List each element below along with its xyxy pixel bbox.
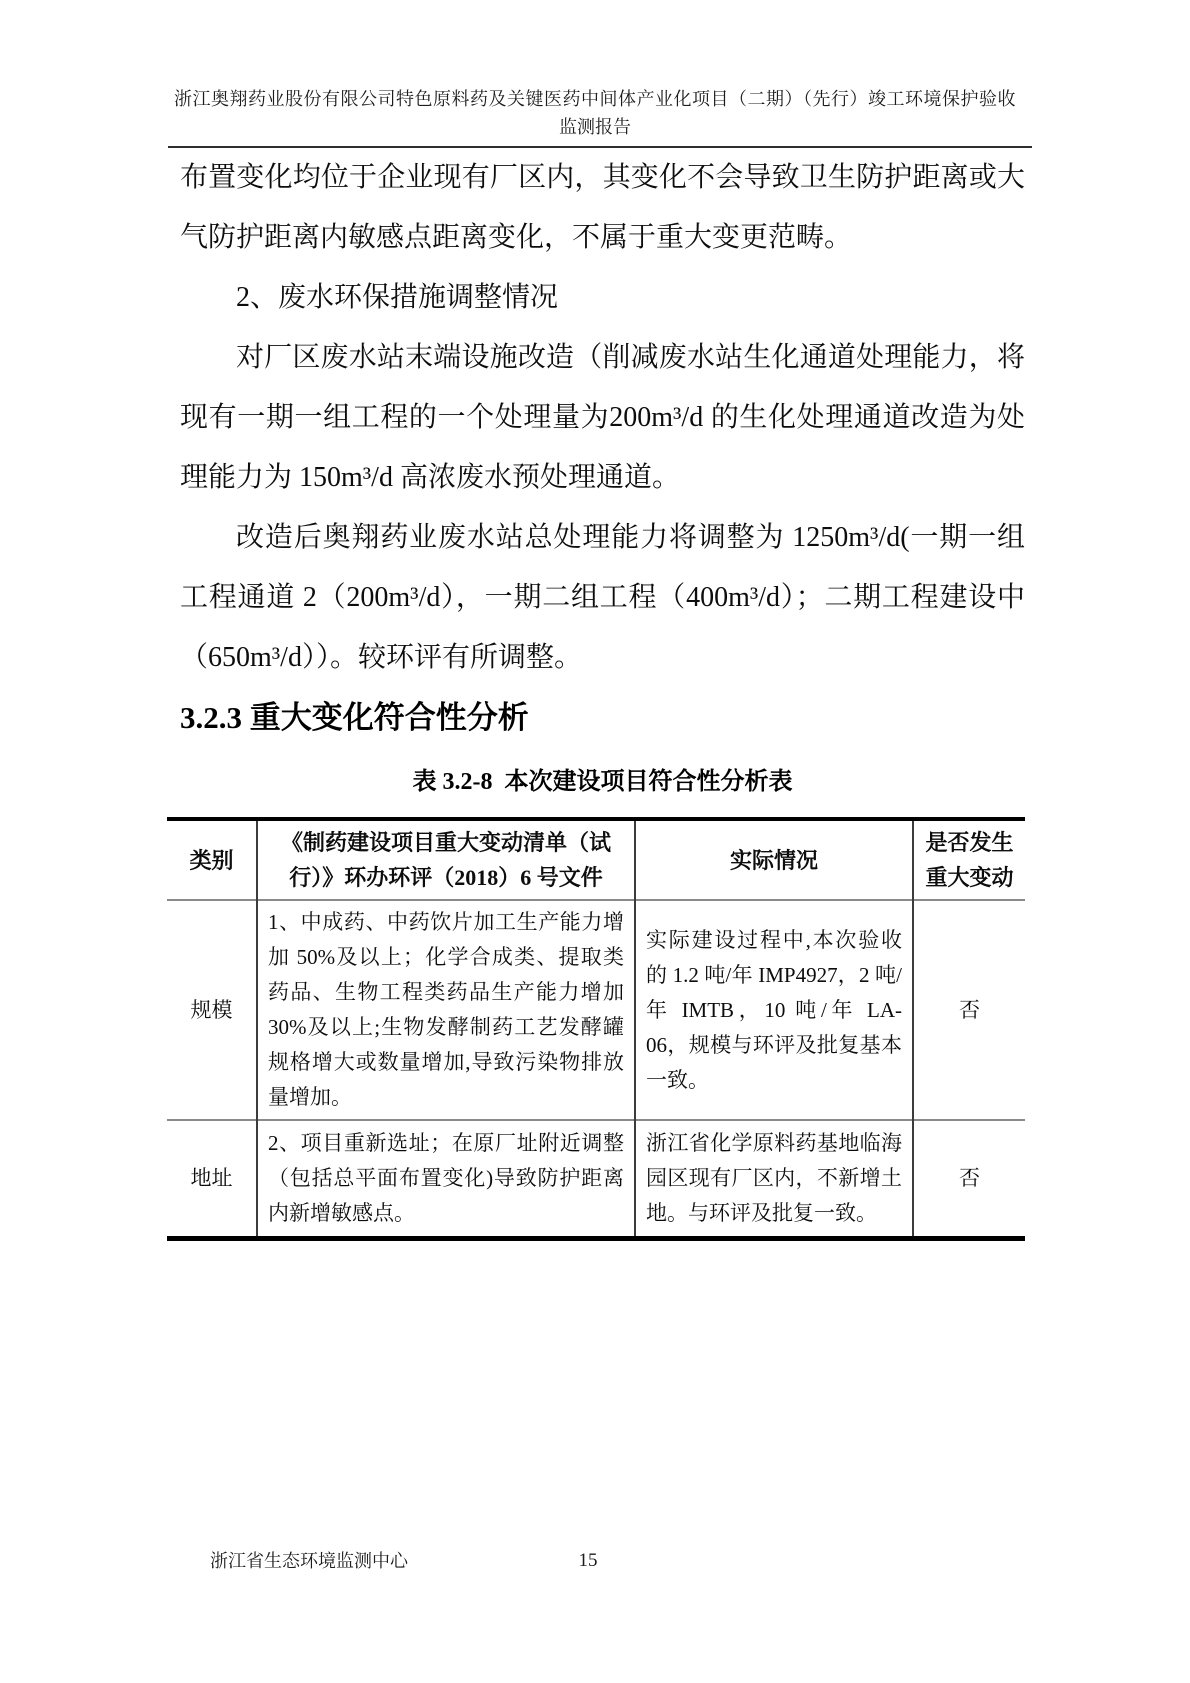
major-change-cell: 否: [913, 1120, 1025, 1238]
footer-organization: 浙江省生态环境监测中心: [210, 1548, 408, 1574]
header-subtitle: 监测报告: [0, 114, 1190, 140]
major-change-cell: 否: [913, 900, 1025, 1120]
paragraph-3: 对厂区废水站末端设施改造（削减废水站生化通道处理能力，将现有一期一组工程的一个处…: [180, 328, 1025, 508]
header-title: 浙江奥翔药业股份有限公司特色原料药及关键医药中间体产业化项目（二期）（先行）竣工…: [0, 86, 1190, 112]
section-heading: 3.2.3 重大变化符合性分析: [180, 688, 1025, 748]
criteria-cell: 1、中成药、中药饮片加工生产能力增加 50%及以上；化学合成类、提取类药品、生物…: [257, 900, 635, 1120]
col-header-major-change: 是否发生重大变动: [913, 819, 1025, 900]
table-header-row: 类别 《制药建设项目重大变动清单（试行）》环办环评（2018）6 号文件 实际情…: [167, 819, 1025, 900]
table-caption: 表 3.2-8 本次建设项目符合性分析表: [180, 762, 1025, 802]
actual-situation-cell: 实际建设过程中,本次验收的 1.2 吨/年 IMP4927，2 吨/年 IMTB…: [635, 900, 913, 1120]
compliance-table: 类别 《制药建设项目重大变动清单（试行）》环办环评（2018）6 号文件 实际情…: [167, 817, 1025, 1241]
paragraph-1: 布置变化均位于企业现有厂区内，其变化不会导致卫生防护距离或大气防护距离内敏感点距…: [180, 148, 1025, 268]
col-header-criteria-document: 《制药建设项目重大变动清单（试行）》环办环评（2018）6 号文件: [257, 819, 635, 900]
category-cell: 规模: [167, 900, 257, 1120]
criteria-cell: 2、项目重新选址；在原厂址附近调整（包括总平面布置变化)导致防护距离内新增敏感点…: [257, 1120, 635, 1238]
table-row-site: 地址 2、项目重新选址；在原厂址附近调整（包括总平面布置变化)导致防护距离内新增…: [167, 1120, 1025, 1238]
category-cell: 地址: [167, 1120, 257, 1238]
paragraph-4: 改造后奥翔药业废水站总处理能力将调整为 1250m³/d(一期一组工程通道 2（…: [180, 508, 1025, 688]
col-header-actual-situation: 实际情况: [635, 819, 913, 900]
paragraph-2: 2、废水环保措施调整情况: [180, 268, 1025, 328]
table-row-scale: 规模 1、中成药、中药饮片加工生产能力增加 50%及以上；化学合成类、提取类药品…: [167, 900, 1025, 1120]
page-number: 15: [558, 1548, 618, 1574]
document-page: 浙江奥翔药业股份有限公司特色原料药及关键医药中间体产业化项目（二期）（先行）竣工…: [0, 0, 1190, 1683]
page-body: 布置变化均位于企业现有厂区内，其变化不会导致卫生防护距离或大气防护距离内敏感点距…: [180, 148, 1025, 1241]
actual-situation-cell: 浙江省化学原料药基地临海园区现有厂区内，不新增土地。与环评及批复一致。: [635, 1120, 913, 1238]
col-header-category: 类别: [167, 819, 257, 900]
